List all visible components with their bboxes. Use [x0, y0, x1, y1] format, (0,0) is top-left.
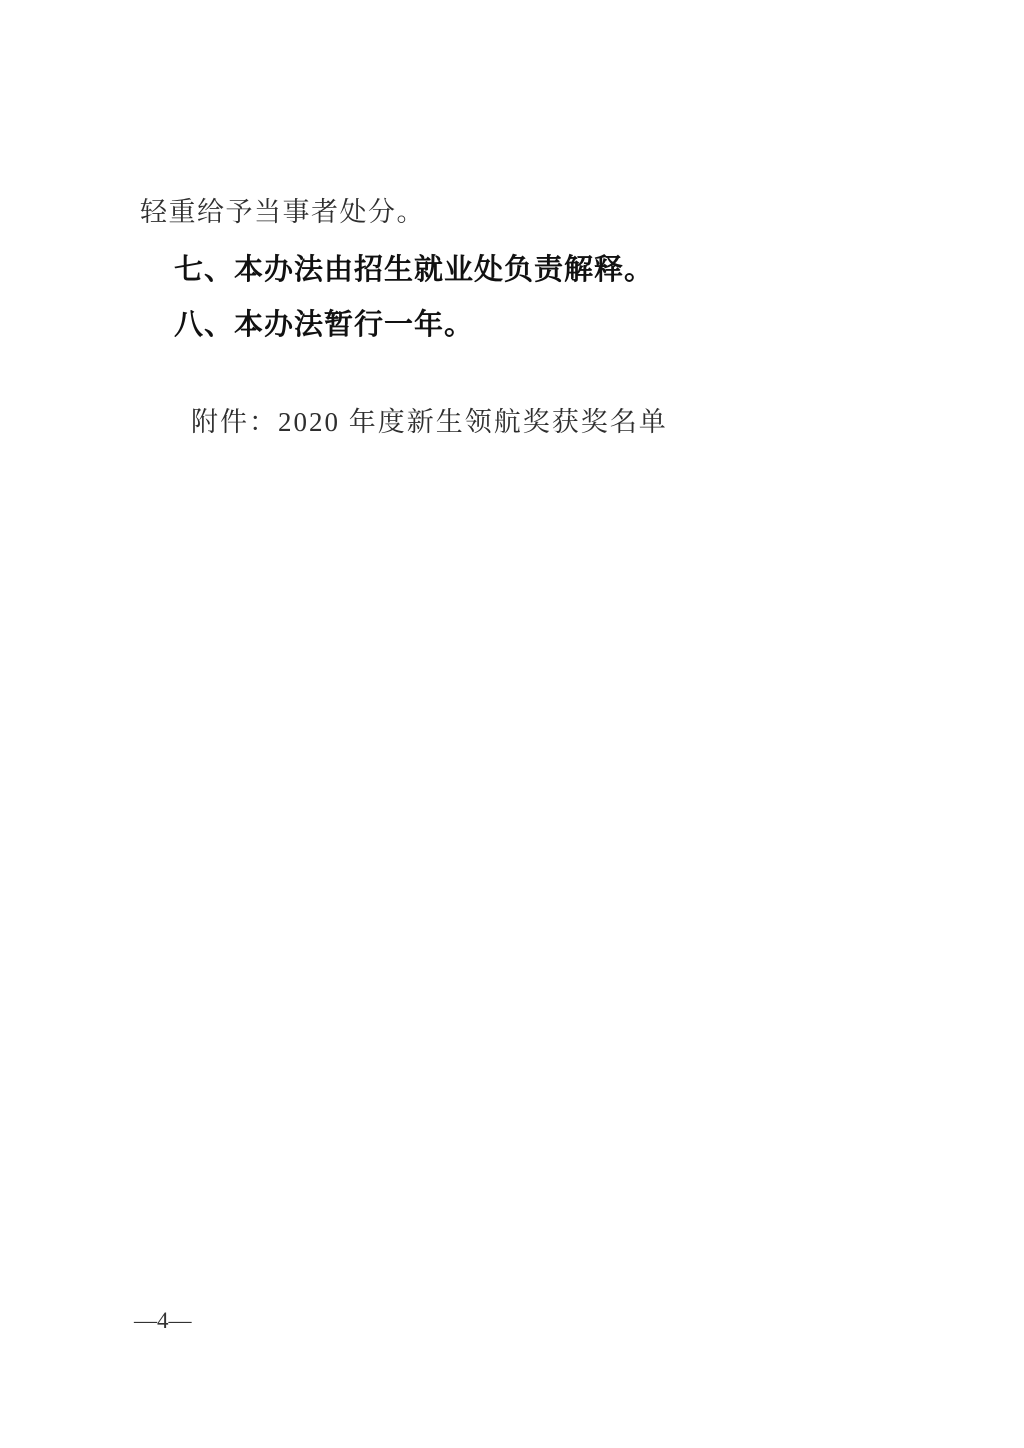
attachment-reference-line: 附件：2020 年度新生领航奖获奖名单	[191, 400, 668, 439]
clause-item-eight: 八、本办法暂行一年。	[174, 302, 474, 343]
paragraph-continuation: 轻重给予当事者处分。	[140, 190, 425, 229]
page-number: —4—	[134, 1308, 192, 1334]
clause-item-seven: 七、本办法由招生就业处负责解释。	[174, 247, 654, 288]
document-page: 轻重给予当事者处分。 七、本办法由招生就业处负责解释。 八、本办法暂行一年。 附…	[0, 0, 1024, 1448]
